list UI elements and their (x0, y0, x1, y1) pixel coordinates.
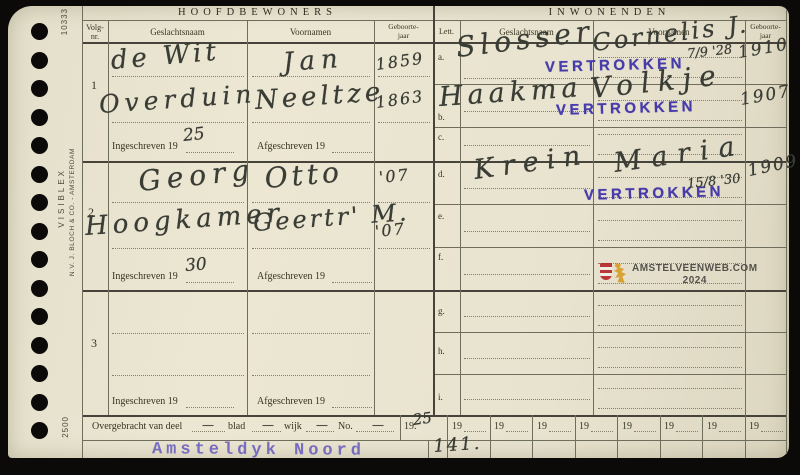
watermark: AMSTELVEENWEB.COM 2024 (600, 263, 758, 287)
row-letter: i. (438, 392, 443, 402)
dotted-line (464, 316, 590, 317)
dotted-line (464, 431, 486, 432)
row-letter: e. (438, 211, 444, 221)
section-title-hoofdbewoners: HOOFDBEWONERS (82, 7, 433, 19)
printer-brand: VISIBLEX (57, 168, 66, 228)
punch-hole (31, 280, 48, 297)
watermark-site: AMSTELVEENWEB.COM (632, 263, 758, 274)
punch-hole (31, 52, 48, 69)
dotted-line (252, 375, 370, 376)
dotted-line (598, 240, 742, 241)
dotted-line (112, 76, 244, 77)
col-header-volgnr-line2: nr. (91, 32, 99, 41)
dotted-line (598, 120, 742, 121)
year-cell-label: 19 (664, 421, 674, 433)
grid-line (490, 415, 491, 458)
serial-number-top: 10333 (60, 8, 69, 35)
grid-line (660, 415, 661, 458)
year-cell-label: 19 (452, 421, 462, 433)
row-letter: h. (438, 346, 445, 356)
punch-hole (31, 223, 48, 240)
afgeschreven-label: Afgeschreven 19 (257, 396, 325, 408)
grid-line (786, 10, 787, 454)
dotted-line (598, 367, 742, 368)
row-letter: f. (438, 252, 443, 262)
dotted-line (598, 325, 742, 326)
punch-hole (31, 194, 48, 211)
transfer-label-no: No. (338, 421, 353, 433)
col-header-surname: Geslachtsnaam (108, 27, 247, 37)
row-letter: c. (438, 132, 444, 142)
year-cell-label: 19 (707, 421, 717, 433)
dotted-line (591, 431, 613, 432)
grid-line (532, 415, 533, 458)
dash-value: — (202, 419, 214, 431)
grid-line (433, 6, 435, 415)
grid-line (82, 6, 83, 458)
ingeschreven-label: Ingeschreven 19 (112, 141, 178, 153)
dotted-line (598, 220, 742, 221)
shield-icon (600, 263, 612, 280)
col-header-birthyear: Geboorte- jaar (374, 23, 433, 40)
transfer-label-blad: blad (228, 421, 245, 433)
afgeschreven-label: Afgeschreven 19 (257, 141, 325, 153)
grid-line (433, 332, 787, 333)
afgeschreven-label: Afgeschreven 19 (257, 271, 325, 283)
firstnames-value: Jan (282, 46, 344, 76)
punch-hole (31, 23, 48, 40)
grid-line (617, 415, 618, 458)
lion-icon (614, 263, 626, 283)
dotted-line (252, 333, 370, 334)
volgnr-3: 3 (91, 337, 97, 351)
dotted-line (676, 431, 698, 432)
dotted-line (598, 388, 742, 389)
watermark-year: 2024 (683, 275, 707, 286)
dotted-line (112, 375, 244, 376)
ingeschreven-label: Ingeschreven 19 (112, 396, 178, 408)
dotted-line (186, 407, 234, 408)
birthyear-value: '07 (374, 221, 406, 240)
dash-value: — (262, 419, 274, 431)
year-cell-label: 19 (749, 421, 759, 433)
punch-hole (31, 337, 48, 354)
grid-line (82, 415, 787, 417)
dotted-line (332, 407, 372, 408)
punch-hole (31, 365, 48, 382)
dotted-line (598, 347, 742, 348)
punch-hole (31, 422, 48, 439)
dotted-line (112, 248, 244, 249)
scanned-register-card: 10333 VISIBLEX N.V. J. BLOCH & CO. - AMS… (0, 0, 800, 475)
grid-line (400, 415, 401, 440)
dotted-line (378, 122, 430, 123)
dotted-line (464, 231, 590, 232)
dotted-line (112, 122, 244, 123)
house-number-value: 141. (433, 435, 482, 456)
grid-line (745, 20, 746, 415)
dotted-line (112, 333, 244, 334)
punch-hole (31, 166, 48, 183)
dash-value: — (372, 419, 384, 431)
transfer-label-wijk: wijk (284, 421, 302, 433)
serial-number-bottom: 2500 (61, 416, 70, 438)
dotted-line (186, 282, 234, 283)
grid-line (460, 20, 461, 415)
row-letter: a. (438, 52, 444, 62)
col-header-volgnr: Volg- nr. (82, 23, 108, 41)
col-header-firstnames: Voornamen (247, 27, 374, 37)
year-cell-label: 19 (622, 421, 632, 433)
col-header-volgnr-line1: Volg- (86, 23, 104, 32)
dotted-line (549, 431, 571, 432)
dotted-line (252, 122, 370, 123)
dotted-line (332, 282, 372, 283)
punch-hole (31, 80, 48, 97)
punch-hole (31, 137, 48, 154)
year-cell-label: 19 (537, 421, 547, 433)
street-name-stamp: Amsteldyk Noord (152, 440, 365, 460)
grid-line (433, 204, 787, 205)
volgnr-1: 1 (91, 79, 97, 93)
ingeschreven-year-value: 30 (185, 256, 208, 275)
birthyear-value: '07 (378, 167, 410, 186)
grid-line (433, 127, 787, 128)
dotted-line (598, 305, 742, 306)
dotted-line (464, 274, 590, 275)
punch-hole (31, 109, 48, 126)
dotted-line (506, 431, 528, 432)
dotted-line (252, 76, 370, 77)
dotted-line (719, 431, 741, 432)
punch-hole (31, 308, 48, 325)
row-letter: b. (438, 112, 445, 122)
dotted-line (378, 248, 430, 249)
watermark-text: AMSTELVEENWEB.COM 2024 (632, 263, 758, 287)
col-header-birthyear-line2: jaar (398, 31, 409, 40)
dotted-line (761, 431, 783, 432)
firstnames-value: Otto (264, 158, 344, 193)
dotted-line (634, 431, 656, 432)
grid-line (428, 440, 429, 458)
dotted-line (332, 152, 372, 153)
ingeschreven-year-value: 25 (182, 126, 205, 145)
dotted-line (464, 358, 590, 359)
dash-value: — (316, 419, 328, 431)
grid-line (433, 247, 787, 248)
dotted-line (378, 76, 430, 77)
year-cell-label: 19 (494, 421, 504, 433)
grid-line (745, 415, 746, 458)
row-letter: d. (438, 169, 445, 179)
punch-hole (31, 394, 48, 411)
grid-line (702, 415, 703, 458)
dotted-line (464, 399, 590, 400)
ingeschreven-label: Ingeschreven 19 (112, 271, 178, 283)
grid-line (433, 374, 787, 375)
dotted-line (252, 248, 370, 249)
year-cell-label: 19 (579, 421, 589, 433)
punch-hole (31, 251, 48, 268)
grid-line (575, 415, 576, 458)
dotted-line (598, 408, 742, 409)
transfer-label-deel: Overgebracht van deel (92, 421, 182, 433)
row-letter: g. (438, 306, 445, 316)
dotted-line (186, 152, 234, 153)
first-year-cell-value: 25 (412, 410, 433, 428)
printer-company: N.V. J. BLOCH & CO. - AMSTERDAM (69, 148, 76, 276)
dotted-line (464, 188, 590, 189)
